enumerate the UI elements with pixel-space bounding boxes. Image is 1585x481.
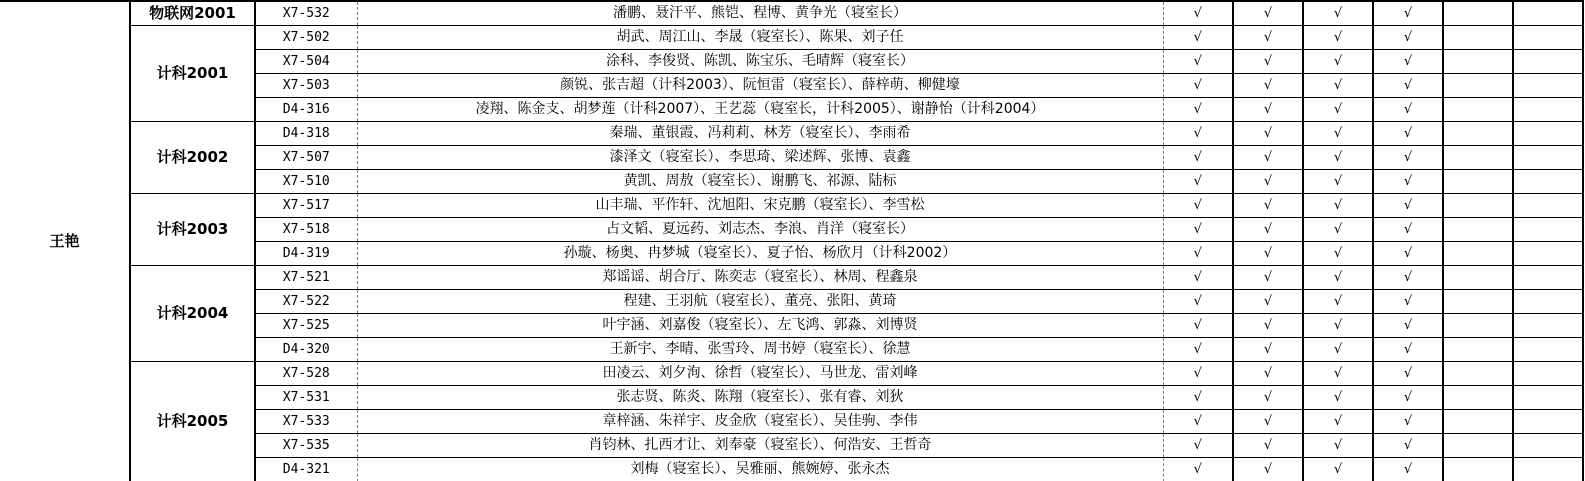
- check-mark-cell[interactable]: √: [1233, 146, 1303, 170]
- empty-cell[interactable]: [1443, 386, 1513, 410]
- members-cell[interactable]: 漆泽文（寝室长）、李思琦、梁述辉、张博、袁鑫: [357, 146, 1163, 170]
- members-cell[interactable]: 颜锐、张吉超（计科2003）、阮恒雷（寝室长）、薛梓萌、柳健壕: [357, 74, 1163, 98]
- empty-cell[interactable]: [1443, 26, 1513, 50]
- check-mark-cell[interactable]: √: [1373, 170, 1443, 194]
- empty-cell[interactable]: [1443, 266, 1513, 290]
- members-cell[interactable]: 郑谣谣、胡合厅、陈奕志（寝室长）、林周、程鑫泉: [357, 266, 1163, 290]
- check-mark-cell[interactable]: √: [1303, 362, 1373, 386]
- check-mark-cell[interactable]: √: [1373, 146, 1443, 170]
- check-mark-cell[interactable]: √: [1163, 122, 1233, 146]
- empty-cell[interactable]: [1513, 218, 1583, 242]
- check-mark-cell[interactable]: √: [1163, 410, 1233, 434]
- empty-cell[interactable]: [1443, 146, 1513, 170]
- members-cell[interactable]: 占文韬、夏远药、刘志杰、李浪、肖洋（寝室长）: [357, 218, 1163, 242]
- check-mark-cell[interactable]: √: [1233, 386, 1303, 410]
- check-mark-cell[interactable]: √: [1373, 434, 1443, 458]
- check-mark-cell[interactable]: √: [1163, 194, 1233, 218]
- check-mark-cell[interactable]: √: [1303, 194, 1373, 218]
- empty-cell[interactable]: [1513, 170, 1583, 194]
- members-cell[interactable]: 章梓涵、朱祥宇、皮金欣（寝室长）、吴佳驹、李伟: [357, 410, 1163, 434]
- check-mark-cell[interactable]: √: [1373, 290, 1443, 314]
- check-mark-cell[interactable]: √: [1233, 218, 1303, 242]
- check-mark-cell[interactable]: √: [1163, 1, 1233, 26]
- empty-cell[interactable]: [1513, 362, 1583, 386]
- room-cell[interactable]: X7-532: [255, 1, 357, 26]
- check-mark-cell[interactable]: √: [1303, 314, 1373, 338]
- class-cell[interactable]: 物联网2001: [130, 1, 255, 26]
- check-mark-cell[interactable]: √: [1233, 362, 1303, 386]
- empty-cell[interactable]: [1513, 242, 1583, 266]
- check-mark-cell[interactable]: √: [1303, 50, 1373, 74]
- empty-cell[interactable]: [1443, 98, 1513, 122]
- empty-cell[interactable]: [1513, 410, 1583, 434]
- check-mark-cell[interactable]: √: [1233, 242, 1303, 266]
- table-body: 王艳物联网2001X7-532潘鹏、聂汗平、熊铠、程博、黄争光（寝室长）√√√√…: [0, 1, 1583, 481]
- empty-cell[interactable]: [1443, 194, 1513, 218]
- class-cell[interactable]: 计科2004: [130, 266, 255, 362]
- empty-cell[interactable]: [1443, 410, 1513, 434]
- check-mark-cell[interactable]: √: [1303, 410, 1373, 434]
- members-cell[interactable]: 程建、王羽航（寝室长）、董亮、张阳、黄琦: [357, 290, 1163, 314]
- empty-cell[interactable]: [1513, 98, 1583, 122]
- empty-cell[interactable]: [1443, 314, 1513, 338]
- check-mark-cell[interactable]: √: [1233, 410, 1303, 434]
- check-mark-cell[interactable]: √: [1303, 290, 1373, 314]
- check-mark-cell[interactable]: √: [1163, 74, 1233, 98]
- check-mark-cell[interactable]: √: [1373, 266, 1443, 290]
- empty-cell[interactable]: [1443, 218, 1513, 242]
- check-mark-cell[interactable]: √: [1163, 218, 1233, 242]
- check-mark-cell[interactable]: √: [1233, 98, 1303, 122]
- check-mark-cell[interactable]: √: [1163, 146, 1233, 170]
- empty-cell[interactable]: [1443, 434, 1513, 458]
- check-mark-cell[interactable]: √: [1233, 122, 1303, 146]
- empty-cell[interactable]: [1513, 314, 1583, 338]
- class-cell[interactable]: 计科2001: [130, 26, 255, 122]
- empty-cell[interactable]: [1513, 194, 1583, 218]
- check-mark-cell[interactable]: √: [1373, 458, 1443, 481]
- empty-cell[interactable]: [1513, 290, 1583, 314]
- members-cell[interactable]: 涂科、李俊贤、陈凯、陈宝乐、毛晴辉（寝室长）: [357, 50, 1163, 74]
- check-mark-cell[interactable]: √: [1373, 98, 1443, 122]
- table-row: 计科2005X7-528田凌云、刘夕洵、徐哲（寝室长）、马世龙、雷刘峰√√√√: [0, 362, 1583, 386]
- members-cell[interactable]: 肖钧林、扎西才让、刘奉豪（寝室长）、何浩安、王哲奇: [357, 434, 1163, 458]
- check-mark-cell[interactable]: √: [1233, 194, 1303, 218]
- empty-cell[interactable]: [1443, 290, 1513, 314]
- check-mark-cell[interactable]: √: [1373, 362, 1443, 386]
- room-cell[interactable]: X7-533: [255, 410, 357, 434]
- members-cell[interactable]: 凌翔、陈金支、胡梦莲（计科2007）、王艺蕊（寝室长，计科2005）、谢静怡（计…: [357, 98, 1163, 122]
- dorm-inspection-table: 王艳物联网2001X7-532潘鹏、聂汗平、熊铠、程博、黄争光（寝室长）√√√√…: [0, 0, 1584, 481]
- members-cell[interactable]: 叶宇涵、刘嘉俊（寝室长）、左飞鸿、郭淼、刘博贤: [357, 314, 1163, 338]
- room-cell[interactable]: X7-517: [255, 194, 357, 218]
- room-cell[interactable]: D4-318: [255, 122, 357, 146]
- empty-cell[interactable]: [1513, 434, 1583, 458]
- check-mark-cell[interactable]: √: [1163, 242, 1233, 266]
- check-mark-cell[interactable]: √: [1233, 290, 1303, 314]
- check-mark-cell[interactable]: √: [1373, 194, 1443, 218]
- empty-cell[interactable]: [1443, 338, 1513, 362]
- members-cell[interactable]: 王新宇、李晴、张雪玲、周书婷（寝室长）、徐慧: [357, 338, 1163, 362]
- table-row: 计科2002D4-318秦瑞、董银霞、冯莉莉、林芳（寝室长）、李雨希√√√√: [0, 122, 1583, 146]
- check-mark-cell[interactable]: √: [1373, 218, 1443, 242]
- check-mark-cell[interactable]: √: [1303, 434, 1373, 458]
- check-mark-cell[interactable]: √: [1163, 98, 1233, 122]
- members-cell[interactable]: 孙璇、杨奥、冉梦城（寝室长）、夏子怡、杨欣月（计科2002）: [357, 242, 1163, 266]
- class-cell[interactable]: 计科2005: [130, 362, 255, 481]
- room-cell[interactable]: X7-528: [255, 362, 357, 386]
- room-cell[interactable]: D4-316: [255, 98, 357, 122]
- check-mark-cell[interactable]: √: [1303, 146, 1373, 170]
- check-mark-cell[interactable]: √: [1303, 122, 1373, 146]
- members-cell[interactable]: 山丰瑞、平作轩、沈旭阳、宋克鹏（寝室长）、李雪松: [357, 194, 1163, 218]
- check-mark-cell[interactable]: √: [1373, 338, 1443, 362]
- check-mark-cell[interactable]: √: [1163, 266, 1233, 290]
- room-cell[interactable]: X7-525: [255, 314, 357, 338]
- check-mark-cell[interactable]: √: [1303, 98, 1373, 122]
- members-cell[interactable]: 刘梅（寝室长）、吴雅丽、熊婉婷、张永杰: [357, 458, 1163, 481]
- check-mark-cell[interactable]: √: [1233, 458, 1303, 481]
- members-cell[interactable]: 田凌云、刘夕洵、徐哲（寝室长）、马世龙、雷刘峰: [357, 362, 1163, 386]
- check-mark-cell[interactable]: √: [1163, 362, 1233, 386]
- room-cell[interactable]: D4-320: [255, 338, 357, 362]
- check-mark-cell[interactable]: √: [1373, 386, 1443, 410]
- check-mark-cell[interactable]: √: [1233, 170, 1303, 194]
- check-mark-cell[interactable]: √: [1233, 1, 1303, 26]
- empty-cell[interactable]: [1513, 338, 1583, 362]
- empty-cell[interactable]: [1513, 458, 1583, 481]
- members-cell[interactable]: 潘鹏、聂汗平、熊铠、程博、黄争光（寝室长）: [357, 1, 1163, 26]
- empty-cell[interactable]: [1513, 74, 1583, 98]
- empty-cell[interactable]: [1443, 122, 1513, 146]
- check-mark-cell[interactable]: √: [1303, 218, 1373, 242]
- empty-cell[interactable]: [1443, 242, 1513, 266]
- room-cell[interactable]: X7-518: [255, 218, 357, 242]
- check-mark-cell[interactable]: √: [1163, 290, 1233, 314]
- check-mark-cell[interactable]: √: [1163, 386, 1233, 410]
- check-mark-cell[interactable]: √: [1303, 26, 1373, 50]
- check-mark-cell[interactable]: √: [1163, 458, 1233, 481]
- room-cell[interactable]: X7-521: [255, 266, 357, 290]
- empty-cell[interactable]: [1513, 266, 1583, 290]
- check-mark-cell[interactable]: √: [1373, 50, 1443, 74]
- room-cell[interactable]: D4-319: [255, 242, 357, 266]
- empty-cell[interactable]: [1443, 50, 1513, 74]
- table-row: 计科2004X7-521郑谣谣、胡合厅、陈奕志（寝室长）、林周、程鑫泉√√√√: [0, 266, 1583, 290]
- empty-cell[interactable]: [1513, 386, 1583, 410]
- check-mark-cell[interactable]: √: [1373, 26, 1443, 50]
- check-mark-cell[interactable]: √: [1373, 122, 1443, 146]
- check-mark-cell[interactable]: √: [1233, 314, 1303, 338]
- check-mark-cell[interactable]: √: [1303, 338, 1373, 362]
- room-cell[interactable]: X7-531: [255, 386, 357, 410]
- members-cell[interactable]: 黄凯、周敖（寝室长）、谢鹏飞、祁源、陆标: [357, 170, 1163, 194]
- empty-cell[interactable]: [1513, 26, 1583, 50]
- check-mark-cell[interactable]: √: [1373, 410, 1443, 434]
- room-cell[interactable]: X7-522: [255, 290, 357, 314]
- check-mark-cell[interactable]: √: [1303, 386, 1373, 410]
- table-row: 计科2001X7-502胡武、周江山、李晟（寝室长）、陈果、刘子任√√√√: [0, 26, 1583, 50]
- check-mark-cell[interactable]: √: [1233, 50, 1303, 74]
- check-mark-cell[interactable]: √: [1163, 314, 1233, 338]
- check-mark-cell[interactable]: √: [1303, 266, 1373, 290]
- advisor-cell[interactable]: 王艳: [0, 1, 130, 481]
- check-mark-cell[interactable]: √: [1303, 458, 1373, 481]
- check-mark-cell[interactable]: √: [1163, 170, 1233, 194]
- members-cell[interactable]: 胡武、周江山、李晟（寝室长）、陈果、刘子任: [357, 26, 1163, 50]
- check-mark-cell[interactable]: √: [1233, 26, 1303, 50]
- empty-cell[interactable]: [1443, 1, 1513, 26]
- members-cell[interactable]: 秦瑞、董银霞、冯莉莉、林芳（寝室长）、李雨希: [357, 122, 1163, 146]
- check-mark-cell[interactable]: √: [1163, 26, 1233, 50]
- room-cell[interactable]: X7-510: [255, 170, 357, 194]
- members-cell[interactable]: 张志贤、陈炎、陈翔（寝室长）、张有睿、刘狄: [357, 386, 1163, 410]
- check-mark-cell[interactable]: √: [1373, 314, 1443, 338]
- empty-cell[interactable]: [1513, 50, 1583, 74]
- room-cell[interactable]: X7-507: [255, 146, 357, 170]
- check-mark-cell[interactable]: √: [1373, 1, 1443, 26]
- room-cell[interactable]: X7-503: [255, 74, 357, 98]
- table-row: 计科2003X7-517山丰瑞、平作轩、沈旭阳、宋克鹏（寝室长）、李雪松√√√√: [0, 194, 1583, 218]
- empty-cell[interactable]: [1443, 170, 1513, 194]
- check-mark-cell[interactable]: √: [1303, 74, 1373, 98]
- empty-cell[interactable]: [1513, 146, 1583, 170]
- table-row: 王艳物联网2001X7-532潘鹏、聂汗平、熊铠、程博、黄争光（寝室长）√√√√: [0, 1, 1583, 26]
- empty-cell[interactable]: [1443, 458, 1513, 481]
- empty-cell[interactable]: [1443, 74, 1513, 98]
- check-mark-cell[interactable]: √: [1373, 74, 1443, 98]
- room-cell[interactable]: X7-502: [255, 26, 357, 50]
- class-cell[interactable]: 计科2002: [130, 122, 255, 194]
- check-mark-cell[interactable]: √: [1373, 242, 1443, 266]
- class-cell[interactable]: 计科2003: [130, 194, 255, 266]
- check-mark-cell[interactable]: √: [1163, 434, 1233, 458]
- room-cell[interactable]: D4-321: [255, 458, 357, 481]
- check-mark-cell[interactable]: √: [1303, 1, 1373, 26]
- check-mark-cell[interactable]: √: [1233, 266, 1303, 290]
- check-mark-cell[interactable]: √: [1233, 338, 1303, 362]
- empty-cell[interactable]: [1513, 1, 1583, 26]
- empty-cell[interactable]: [1513, 122, 1583, 146]
- check-mark-cell[interactable]: √: [1303, 170, 1373, 194]
- check-mark-cell[interactable]: √: [1163, 50, 1233, 74]
- check-mark-cell[interactable]: √: [1303, 242, 1373, 266]
- empty-cell[interactable]: [1443, 362, 1513, 386]
- check-mark-cell[interactable]: √: [1163, 338, 1233, 362]
- check-mark-cell[interactable]: √: [1233, 434, 1303, 458]
- check-mark-cell[interactable]: √: [1233, 74, 1303, 98]
- room-cell[interactable]: X7-504: [255, 50, 357, 74]
- room-cell[interactable]: X7-535: [255, 434, 357, 458]
